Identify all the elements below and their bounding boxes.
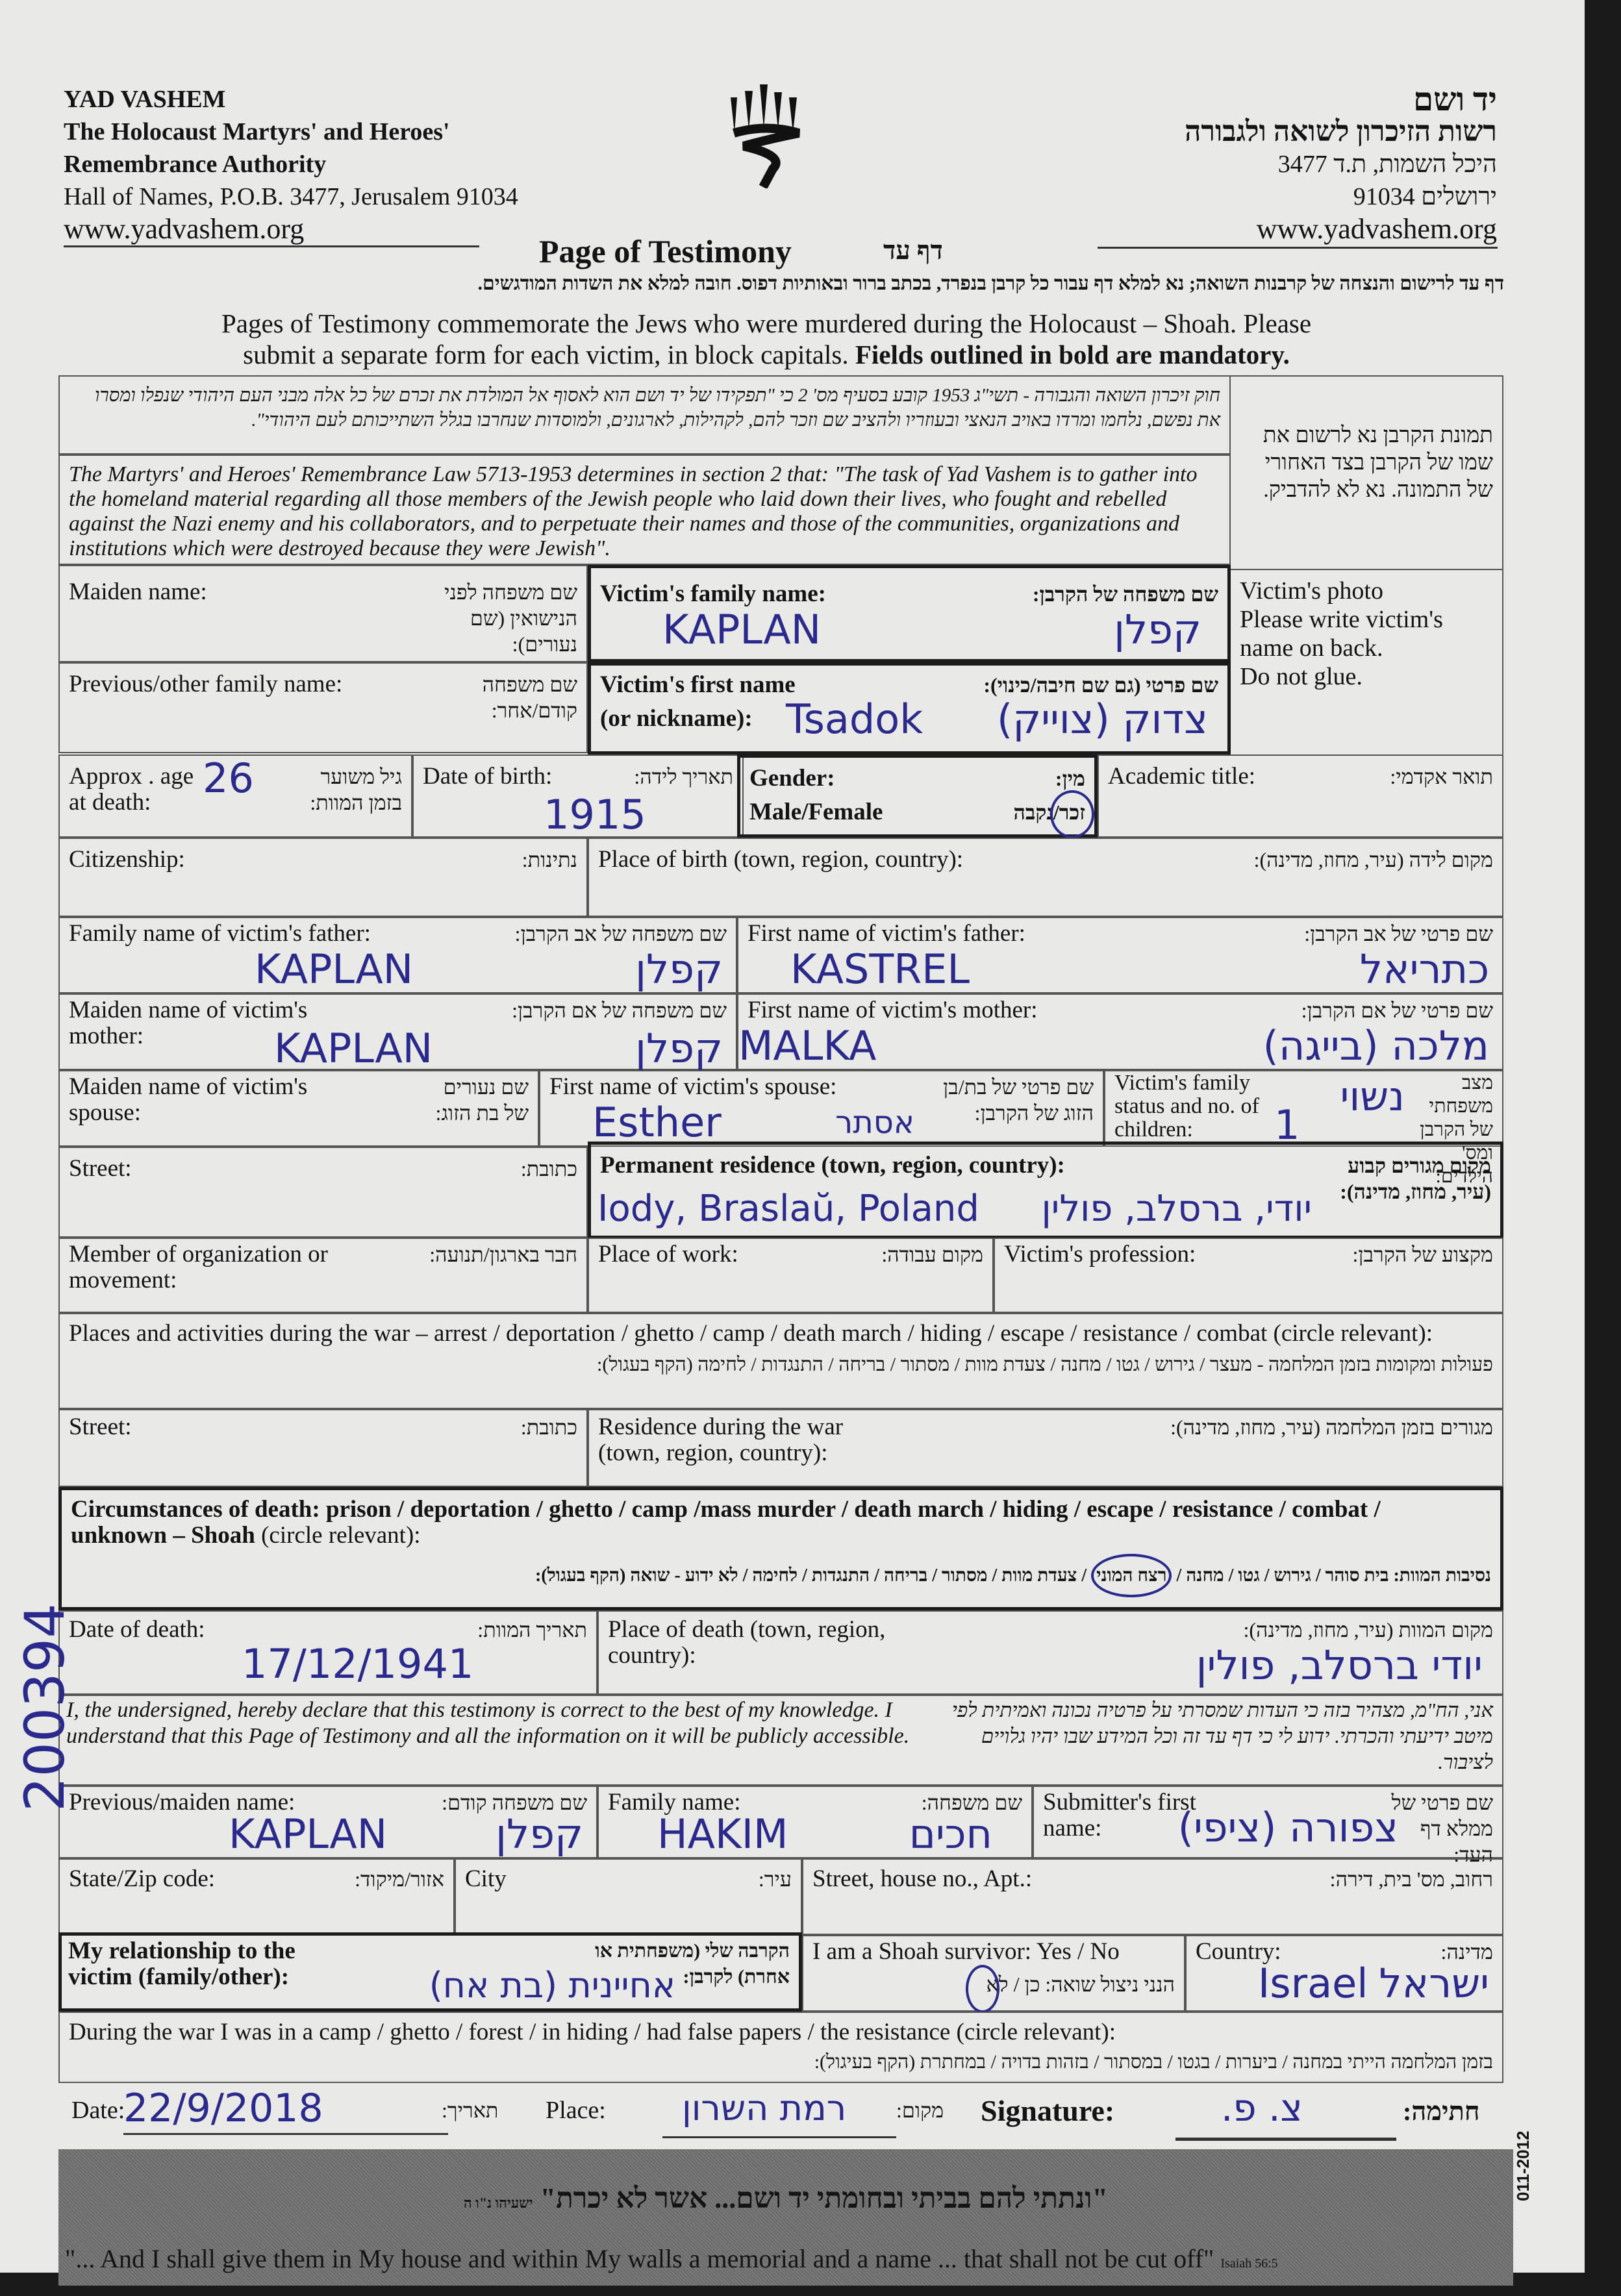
shoah-survivor-field[interactable]: I am a Shoah survivor: Yes / No הנני ניצ… [802,1935,1185,2012]
org-url[interactable]: www.yadvashem.org [64,213,518,245]
country-field[interactable]: Country: מדינה: Israel ישראל [1185,1935,1503,2012]
form-code: 011-2012 [1513,2131,1533,2201]
org-header-he: יד ושם רשות הזיכרון לשואה ולגבורה היכל ה… [1185,83,1497,245]
footer-quote-banner: "ונתתי להם בביתי ובחומתי יד ושם... אשר ל… [58,2149,1513,2286]
quote-en: "... And I shall give them in My house a… [65,2243,1520,2274]
gender-field[interactable]: Gender: Male/Female מין: זכר/נקבה [737,755,1098,838]
permanent-residence-field[interactable]: Permanent residence (town, region, count… [588,1142,1503,1239]
law-text-he: חוק זיכרון השואה והגבורה - תשי"ג 1953 קו… [58,375,1231,455]
page-of-testimony-form: YAD VASHEM The Holocaust Martyrs' and He… [0,0,1585,2273]
intro-he: דף עד לרישום והנצחה של קרבנות השואה; נא … [62,273,1504,295]
family-status-field[interactable]: Victim's family status and no. of childr… [1104,1070,1503,1147]
declaration: I, the undersigned, hereby declare that … [58,1695,1503,1786]
spouse-first-name-field[interactable]: First name of victim's spouse: שם פרטי ש… [539,1070,1104,1147]
org-address: Hall of Names, P.O.B. 3477, Jerusalem 91… [64,181,518,213]
signature-label: Signature: [981,2093,1114,2128]
submitter-war-location-field[interactable]: During the war I was in a camp / ghetto … [58,2012,1503,2083]
spouse-maiden-name-field[interactable]: Maiden name of victim's spouse: שם נעורי… [58,1070,539,1147]
mother-maiden-name-field[interactable]: Maiden name of victim's mother: שם משפחה… [58,993,737,1070]
date-underline [123,2133,448,2135]
intro-en: Pages of Testimony commemorate the Jews … [117,308,1416,370]
signature-underline [1175,2138,1396,2141]
photo-area: תמונת הקרבן נא לרשום את שמו של הקרבן בצד… [1231,375,1503,570]
signature-value[interactable]: צ. פ. [1221,2086,1303,2130]
submitter-first-name-field[interactable]: Submitter's first name: שם פרטי של ממלא … [1033,1786,1503,1858]
submitter-family-name-field[interactable]: Family name: שם משפחה: HAKIM חכים [597,1786,1033,1858]
city-field[interactable]: City עיר: [455,1858,802,1935]
place-underline [662,2136,896,2138]
org-address-he-1: היכל השמות, ת.ד 3477 [1185,148,1497,181]
father-family-name-field[interactable]: Family name of victim's father: שם משפחה… [58,917,737,993]
org-address-he-2: ירושלים 91034 [1185,181,1497,213]
place-value[interactable]: רמת השרון [682,2088,846,2128]
war-activities-field[interactable]: Places and activities during the war – a… [58,1313,1503,1409]
previous-family-name-field[interactable]: Previous/other family name: שם משפחה קוד… [58,662,588,753]
place-of-work-field[interactable]: Place of work: מקום עבודה: [588,1238,994,1313]
victim-first-name-field[interactable]: Victim's first name (or nickname): שם פר… [588,662,1231,755]
org-header-en: YAD VASHEM The Holocaust Martyrs' and He… [64,83,518,245]
page-title-he: דף עד [883,235,943,266]
organization-field[interactable]: Member of organization or movement: חבר … [58,1238,588,1313]
age-at-death-field[interactable]: Approx . age at death: גיל משוער בזמן המ… [58,755,412,838]
zip-code-field[interactable]: State/Zip code: אזור/מיקוד: [58,1858,455,1935]
place-label-he: מקום: [896,2099,944,2123]
org-subtitle-2: Remembrance Authority [64,148,518,181]
signature-label-he: חתימה: [1403,2096,1480,2127]
date-label-he: תאריך: [442,2099,498,2123]
quote-he: "ונתתי להם בביתי ובחומתי יד ושם... אשר ל… [58,2182,1513,2215]
org-name-he: יד ושם [1185,83,1497,116]
date-of-death-field[interactable]: Date of death: תאריך המוות: 17/12/1941 [58,1610,597,1695]
war-residence-field[interactable]: Residence during the war (town, region, … [588,1409,1503,1487]
gender-male-selected-circle [1050,790,1094,838]
photo-instructions: Victim's photoPlease write victim'sname … [1231,570,1503,755]
citizenship-field[interactable]: Citizenship: נתינות: [58,838,588,917]
place-label: Place: [546,2096,606,2125]
org-url-he[interactable]: www.yadvashem.org [1185,213,1497,245]
yad-vashem-logo-icon [727,84,812,188]
war-street-field[interactable]: Street: כתובת: [58,1409,588,1487]
victim-family-name-field[interactable]: Victim's family name: שם משפחה של הקרבן:… [588,565,1231,662]
academic-title-field[interactable]: Academic title: תואר אקדמי: [1098,755,1503,838]
survivor-no-selected-circle [966,1965,999,2013]
divider [64,245,479,247]
date-value[interactable]: 22/9/2018 [123,2086,323,2131]
street-address-field[interactable]: Street, house no., Apt.: רחוב, מס' בית, … [802,1858,1503,1935]
maiden-name-field[interactable]: Maiden name: שם משפחה לפני הנישואין (שם … [58,565,588,662]
place-of-birth-field[interactable]: Place of birth (town, region, country): … [588,838,1503,917]
org-subtitle-1: The Holocaust Martyrs' and Heroes' [64,116,518,148]
submitter-previous-name-field[interactable]: Previous/maiden name: שם משפחה קודם: KAP… [58,1786,597,1858]
mass-murder-circled: רצח המוני [1091,1554,1172,1597]
divider [1098,247,1498,249]
date-label: Date: [71,2096,125,2125]
law-text-en: The Martyrs' and Heroes' Remembrance Law… [58,455,1231,565]
org-subtitle-he: רשות הזיכרון לשואה ולגבורה [1185,116,1497,148]
father-first-name-field[interactable]: First name of victim's father: שם פרטי ש… [737,917,1503,993]
mother-first-name-field[interactable]: First name of victim's mother: שם פרטי ש… [737,993,1503,1070]
relationship-field[interactable]: My relationship to the victim (family/ot… [58,1932,802,2012]
date-of-birth-field[interactable]: Date of birth: תאריך לידה: 1915 [412,755,744,838]
page-title: Page of Testimony [539,232,792,270]
place-of-death-field[interactable]: Place of death (town, region, country): … [597,1610,1503,1695]
org-name: YAD VASHEM [64,83,518,116]
profession-field[interactable]: Victim's profession: מקצוע של הקרבן: [994,1238,1503,1313]
margin-record-number: 200394 [13,1603,77,1812]
circumstances-of-death-field[interactable]: Circumstances of death: prison / deporta… [58,1487,1503,1610]
street-field[interactable]: Street: כתובת: [58,1147,588,1238]
